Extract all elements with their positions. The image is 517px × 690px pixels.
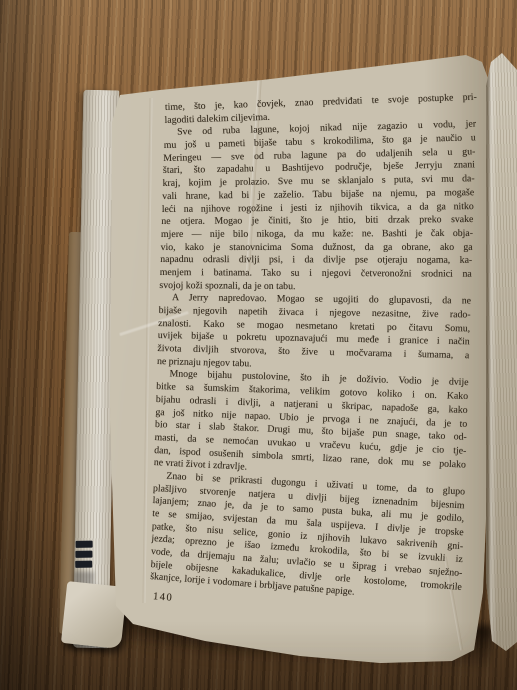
paragraph: A Jerry napredovao. Mogao se ugojiti do …: [165, 292, 477, 368]
text-line: ne otjera. Mogao je činiti, što je htio,…: [161, 214, 473, 229]
text-line: vio, kako je stanovnicima Soma dužnost, …: [161, 241, 473, 254]
paragraph: Znao bi se prikrasti dugongu i uživati u…: [165, 470, 477, 584]
text-line: mjere — nije bilo nikoga, da mu kaže: ne…: [161, 228, 473, 242]
spine-mark: [76, 541, 93, 548]
spine-mark: [75, 561, 92, 568]
book-photo-scene: time, što je, kao čovjek, znao predviđat…: [0, 0, 517, 690]
paragraph: Mnoge bijahu pustolovine, što ih je doži…: [165, 368, 477, 470]
spine-mark: [75, 551, 92, 558]
paragraph: Sve od ruba lagune, kojoj nikad nije zag…: [165, 127, 477, 292]
text-line: napadnu odrasli divlji psi, i da divlje …: [160, 254, 472, 267]
page-text: time, što je, kao čovjek, znao predviđat…: [165, 102, 477, 584]
text-line: menjem i batinama. Tako su i njegovi čet…: [160, 267, 472, 281]
page-number: 140: [153, 591, 174, 604]
